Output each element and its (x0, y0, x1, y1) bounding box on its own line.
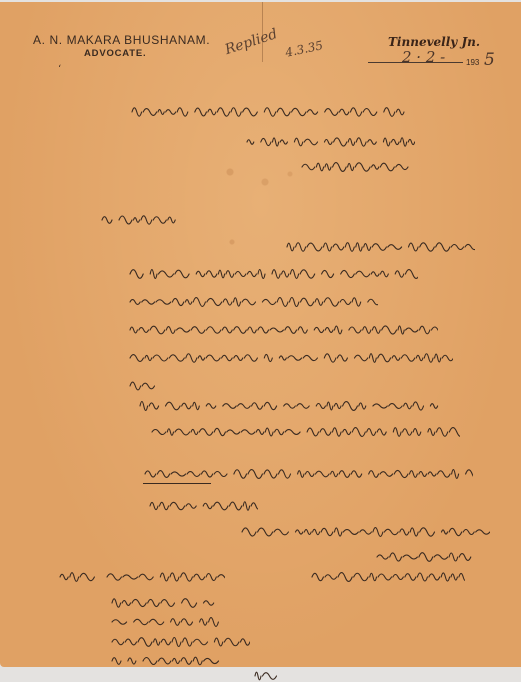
closing-line: இப்படிக்கு உண்மையுள்ள, (240, 520, 490, 540)
year-handwritten: 5 (484, 50, 495, 70)
address-line: “தியாக ராஜ விலாசம்” (245, 130, 415, 150)
body-line: விவரம் தெரிந்து கொண்டு அனுப்பவும் (128, 346, 453, 366)
postscript-label: குறிப்பு: (58, 565, 98, 585)
letterhead-name: A. N. MAKARA BHUSHANAM. (33, 33, 210, 47)
date-line (368, 62, 463, 63)
body-line: தங்கள் கிருதிகள் சங்கீதத்தை (128, 262, 418, 282)
postscript-line: வும் நண்பர் போலவே (110, 610, 220, 630)
body-line: தமிழ் வசனமாக மொழிபெயர்த்து (128, 290, 378, 310)
body-line: அச்சிட்டு வெளியிட வேண்டும். (128, 318, 438, 338)
postscript-line: ராஜ கோபாலையா (110, 591, 220, 611)
year-printed: 193 (466, 58, 479, 67)
signature: தங்கள் அன்பு (375, 545, 475, 565)
salutation: அன்புள்ள ஐயா, (100, 208, 180, 228)
letterhead-title: ADVOCATE. (84, 48, 146, 59)
postscript-initials: அ.நா.ம. (253, 664, 288, 682)
body-line: போட்டோ படம் ஒன்று எனக்கு (150, 420, 460, 440)
postscript-line: வந்து என்னிடம் பேசும் (110, 630, 250, 650)
body-line: உடனே அனுப்பி வைக்க வேண்டும் (143, 462, 473, 482)
postscript-signature: அ.நா.மகரபூஷணம் (310, 565, 465, 585)
body-line: அது. (128, 374, 158, 394)
address-line: திருவையாறு (300, 155, 420, 175)
place-name: Tinnevelly Jn. (388, 35, 480, 49)
body-line: தங்கள் விருப்பம். (148, 494, 258, 514)
body-line: வணக்கம் உங்கள் கடிதம் (285, 235, 475, 255)
postscript-line: தங்கள் வாயிலாக (105, 565, 225, 585)
body-line: தங்கள் புத்தகம் அச்சிடப்பட்ட (138, 394, 443, 414)
handwritten-date: 2 · 2 - (402, 48, 445, 66)
margin-mark: ‘ (58, 64, 61, 75)
postscript-line: அனுப்பவும் இங்கு. (110, 649, 230, 669)
underline-udane (143, 483, 211, 484)
address-line: திரு யாழ் அசக்தக ஐயர் அவர்கள் (130, 100, 410, 120)
